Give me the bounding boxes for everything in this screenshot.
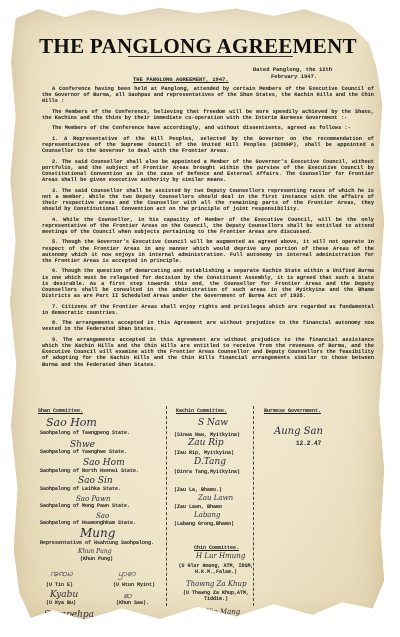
shan-signatory: Representative of Hsahtung Saohpalong. xyxy=(40,540,154,546)
signature-scribble: ꩨ xyxy=(123,610,131,623)
shan-committee-heading: Shan Committee. xyxy=(38,408,83,414)
signature-scribble: Kio Mang xyxy=(206,608,240,616)
chin-committee-heading: Chin Committee. xyxy=(194,545,239,551)
signature-scribble: Sao Pawn xyxy=(76,495,110,503)
shan-signatory: Saohpalong of North Hsenwi State. xyxy=(40,468,139,474)
agreement-subheading: THE PANGLONG AGREEMENT, 1947. xyxy=(133,76,229,83)
column-divider-left xyxy=(166,406,168,606)
date-line: Dated Panglong, the 12th February 1947. xyxy=(253,67,332,80)
kachin-signatory: (Zau Lawn, Bhamo xyxy=(174,504,222,510)
document-page: THE PANGLONG AGREEMENT Dated Panglong, t… xyxy=(8,6,388,624)
signature-scribble: Sao xyxy=(96,512,109,520)
signature-scribble: Sao Hom xyxy=(83,458,125,468)
shan-signatory: (U Kya Bu) xyxy=(46,600,76,606)
signature-scribble: Sao Hom xyxy=(46,416,97,429)
signature-scribble: Aung San xyxy=(274,426,323,437)
kachin-signatory: (Zau La, Bhamo.) xyxy=(174,487,222,493)
clause-1: 1. A Representative of the Hill Peoples,… xyxy=(42,136,374,155)
clause-4: 4. While the Counsellor, in his capacity… xyxy=(42,217,374,236)
clause-2: 2. The said Counsellor shall also be app… xyxy=(42,159,374,184)
shan-signatory: Saohpalong of Yawnghwe State. xyxy=(40,449,127,455)
clause-5: 5. Though the Governor's Executive Counc… xyxy=(42,239,374,264)
signature-scribble: Mung xyxy=(80,526,115,540)
shan-signatory: (Khun Htee) xyxy=(116,622,149,628)
kachin-signatory: (Zau Rip, Myitkyina) xyxy=(174,450,234,456)
signature-scribble: D.Tang xyxy=(194,457,226,467)
signature-scribble: ꩥꩦ xyxy=(118,568,136,581)
paragraph-preamble-2: The Members of the Conference, believing… xyxy=(42,109,374,121)
signature-date: 12.2.47 xyxy=(296,440,321,447)
clause-9: 9. The arrangements accepted in this Agr… xyxy=(42,337,374,368)
chin-signatory: (U Hlur Hmung, ATM, IDSM, H.K.M.,Falam.) xyxy=(176,563,256,575)
date-line-2: February 1947. xyxy=(253,74,332,81)
clause-3: 3. The said Counsellor shall be assisted… xyxy=(42,188,374,213)
chin-signatory: (U Kio Mang, ATM, Haka) xyxy=(176,620,245,626)
paragraph-preamble-1: A Conference having been held at Panglon… xyxy=(42,86,374,105)
burmese-government-heading: Burmese Government. xyxy=(264,408,321,414)
kachin-signatory: (Labang Grong,Bhamo) xyxy=(174,521,234,527)
shan-signatory: (U Htun Myint) xyxy=(113,582,155,588)
signature-scribble: Sayapehpa xyxy=(44,610,94,620)
shan-signatory: Saohpalong of Laihka State. xyxy=(40,486,121,492)
kachin-committee-heading: Kachin Committee. xyxy=(176,408,227,414)
shan-signatory: (Khun Saw). xyxy=(116,600,149,606)
shan-signatory: (Sao Yape Hpa) xyxy=(50,622,92,628)
shan-signatory: Saohpalong of Mong Pawn State. xyxy=(40,503,130,509)
shan-signatory: Saohpalong of Tawngpeng State. xyxy=(40,430,130,436)
clause-6: 6. Though the question of demarcating an… xyxy=(42,268,374,299)
clause-8: 8. The arrangements accepted in this Agr… xyxy=(42,320,374,332)
chin-signatory: (U Thawng Za Khup,ATM, Tiddim.) xyxy=(176,590,256,602)
signature-scribble: H Lur Hmung xyxy=(196,552,245,560)
shan-signatory: (Khun Pung) xyxy=(80,556,113,562)
shan-signatory: (U Tin E) xyxy=(46,582,73,588)
title-underline xyxy=(128,56,293,57)
signature-scribble: Labang xyxy=(194,511,220,519)
kachin-signatory: (Dinra Tang,Myitkyina) xyxy=(174,469,240,475)
signature-scribble: ꩠꩡꩢ xyxy=(50,568,73,581)
signature-scribble: Khun Pung xyxy=(78,548,112,555)
clause-7: 7. Citizens of the Frontier Areas shall … xyxy=(42,304,374,316)
signature-scribble: Sao Sin xyxy=(78,476,113,486)
signature-scribble: S Naw xyxy=(198,418,228,428)
column-divider-right xyxy=(253,406,255,606)
signature-scribble: Zau Rip xyxy=(188,438,224,448)
signature-scribble: Zau Lawn xyxy=(198,494,233,502)
agreement-body: A Conference having been held at Panglon… xyxy=(42,86,374,372)
signature-scribble: Kyabu xyxy=(50,590,78,600)
signature-scribble: Thawng Za Khup xyxy=(186,580,247,588)
paragraph-preamble-3: The Members of the Conference have accor… xyxy=(42,125,374,131)
